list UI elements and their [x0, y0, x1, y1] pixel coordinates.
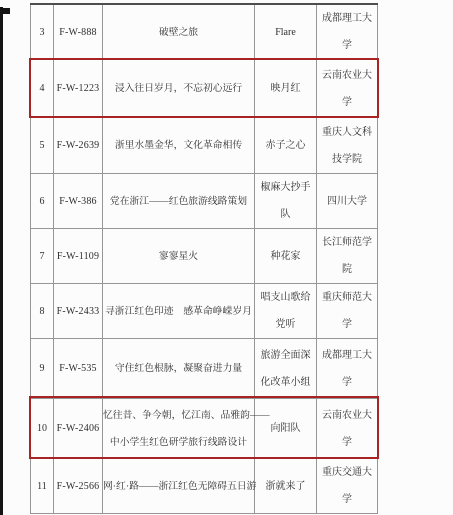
cell-row-number: 11	[31, 459, 54, 514]
table-row: 3 F-W-888 破壁之旅 Flare 成都理工大 学	[31, 4, 378, 60]
cell-row-number: 3	[31, 4, 54, 60]
cell-university: 云南农业大 学	[317, 399, 378, 459]
table-row: 9 F-W-535 守住红色根脉，凝聚奋进力量 旅游全面深 化改革小组 成都理工…	[31, 339, 378, 399]
cell-entry-code: F-W-888	[54, 4, 103, 60]
competition-results-table: 3 F-W-888 破壁之旅 Flare 成都理工大 学 4 F-W-1223 …	[30, 3, 378, 514]
cell-work-title: 破壁之旅	[103, 4, 255, 60]
cell-row-number: 9	[31, 339, 54, 399]
cell-entry-code: F-W-1109	[54, 229, 103, 284]
cell-entry-code: F-W-2566	[54, 459, 103, 514]
cell-row-number: 10	[31, 399, 54, 459]
page-left-edge-strip	[0, 7, 3, 515]
cell-entry-code: F-W-2433	[54, 284, 103, 339]
cell-entry-code: F-W-1223	[54, 60, 103, 118]
cell-team-name: 椒麻大抄手 队	[255, 174, 317, 229]
cell-university: 长江师范学 院	[317, 229, 378, 284]
cell-work-title: 守住红色根脉，凝聚奋进力量	[103, 339, 255, 399]
cell-university: 重庆人文科 技学院	[317, 118, 378, 174]
cell-row-number: 8	[31, 284, 54, 339]
cell-team-name: 赤子之心	[255, 118, 317, 174]
document-page: 3 F-W-888 破壁之旅 Flare 成都理工大 学 4 F-W-1223 …	[0, 0, 453, 515]
cell-row-number: 5	[31, 118, 54, 174]
page-left-edge-mark	[0, 8, 10, 14]
table-row: 11 F-W-2566 网·红·路——浙江红色无障碍五日游 浙就来了 重庆交通大…	[31, 459, 378, 514]
table-row: 5 F-W-2639 浙里水墨金华，文化革命相传 赤子之心 重庆人文科 技学院	[31, 118, 378, 174]
cell-work-title: 寥寥星火	[103, 229, 255, 284]
cell-work-title: 浙里水墨金华，文化革命相传	[103, 118, 255, 174]
cell-university: 重庆交通大 学	[317, 459, 378, 514]
cell-work-title: 忆往昔、争今朝，忆江南、品雅韵—— 中小学生红色研学旅行线路设计	[103, 399, 255, 459]
cell-team-name: 浙就来了	[255, 459, 317, 514]
cell-university: 云南农业大 学	[317, 60, 378, 118]
cell-row-number: 6	[31, 174, 54, 229]
cell-entry-code: F-W-535	[54, 339, 103, 399]
table-row-highlighted: 4 F-W-1223 浸入往日岁月，不忘初心远行 映月红 云南农业大 学	[31, 60, 378, 118]
cell-team-name: 旅游全面深 化改革小组	[255, 339, 317, 399]
cell-entry-code: F-W-2639	[54, 118, 103, 174]
cell-row-number: 7	[31, 229, 54, 284]
cell-university: 成都理工大 学	[317, 339, 378, 399]
cell-team-name: Flare	[255, 4, 317, 60]
cell-university: 重庆师范大 学	[317, 284, 378, 339]
cell-team-name: 映月红	[255, 60, 317, 118]
cell-work-title: 党在浙江——红色旅游线路策划	[103, 174, 255, 229]
cell-work-title: 寻浙江红色印迹 感革命峥嵘岁月	[103, 284, 255, 339]
cell-work-title: 浸入往日岁月，不忘初心远行	[103, 60, 255, 118]
cell-team-name: 唱支山歌给 党听	[255, 284, 317, 339]
cell-entry-code: F-W-2406	[54, 399, 103, 459]
cell-row-number: 4	[31, 60, 54, 118]
cell-entry-code: F-W-386	[54, 174, 103, 229]
table-row: 8 F-W-2433 寻浙江红色印迹 感革命峥嵘岁月 唱支山歌给 党听 重庆师范…	[31, 284, 378, 339]
cell-team-name: 种花家	[255, 229, 317, 284]
cell-university: 四川大学	[317, 174, 378, 229]
cell-university: 成都理工大 学	[317, 4, 378, 60]
table-row: 6 F-W-386 党在浙江——红色旅游线路策划 椒麻大抄手 队 四川大学	[31, 174, 378, 229]
table-row: 7 F-W-1109 寥寥星火 种花家 长江师范学 院	[31, 229, 378, 284]
cell-work-title: 网·红·路——浙江红色无障碍五日游	[103, 459, 255, 514]
table-row-highlighted: 10 F-W-2406 忆往昔、争今朝，忆江南、品雅韵—— 中小学生红色研学旅行…	[31, 399, 378, 459]
cell-team-name: 向阳队	[255, 399, 317, 459]
